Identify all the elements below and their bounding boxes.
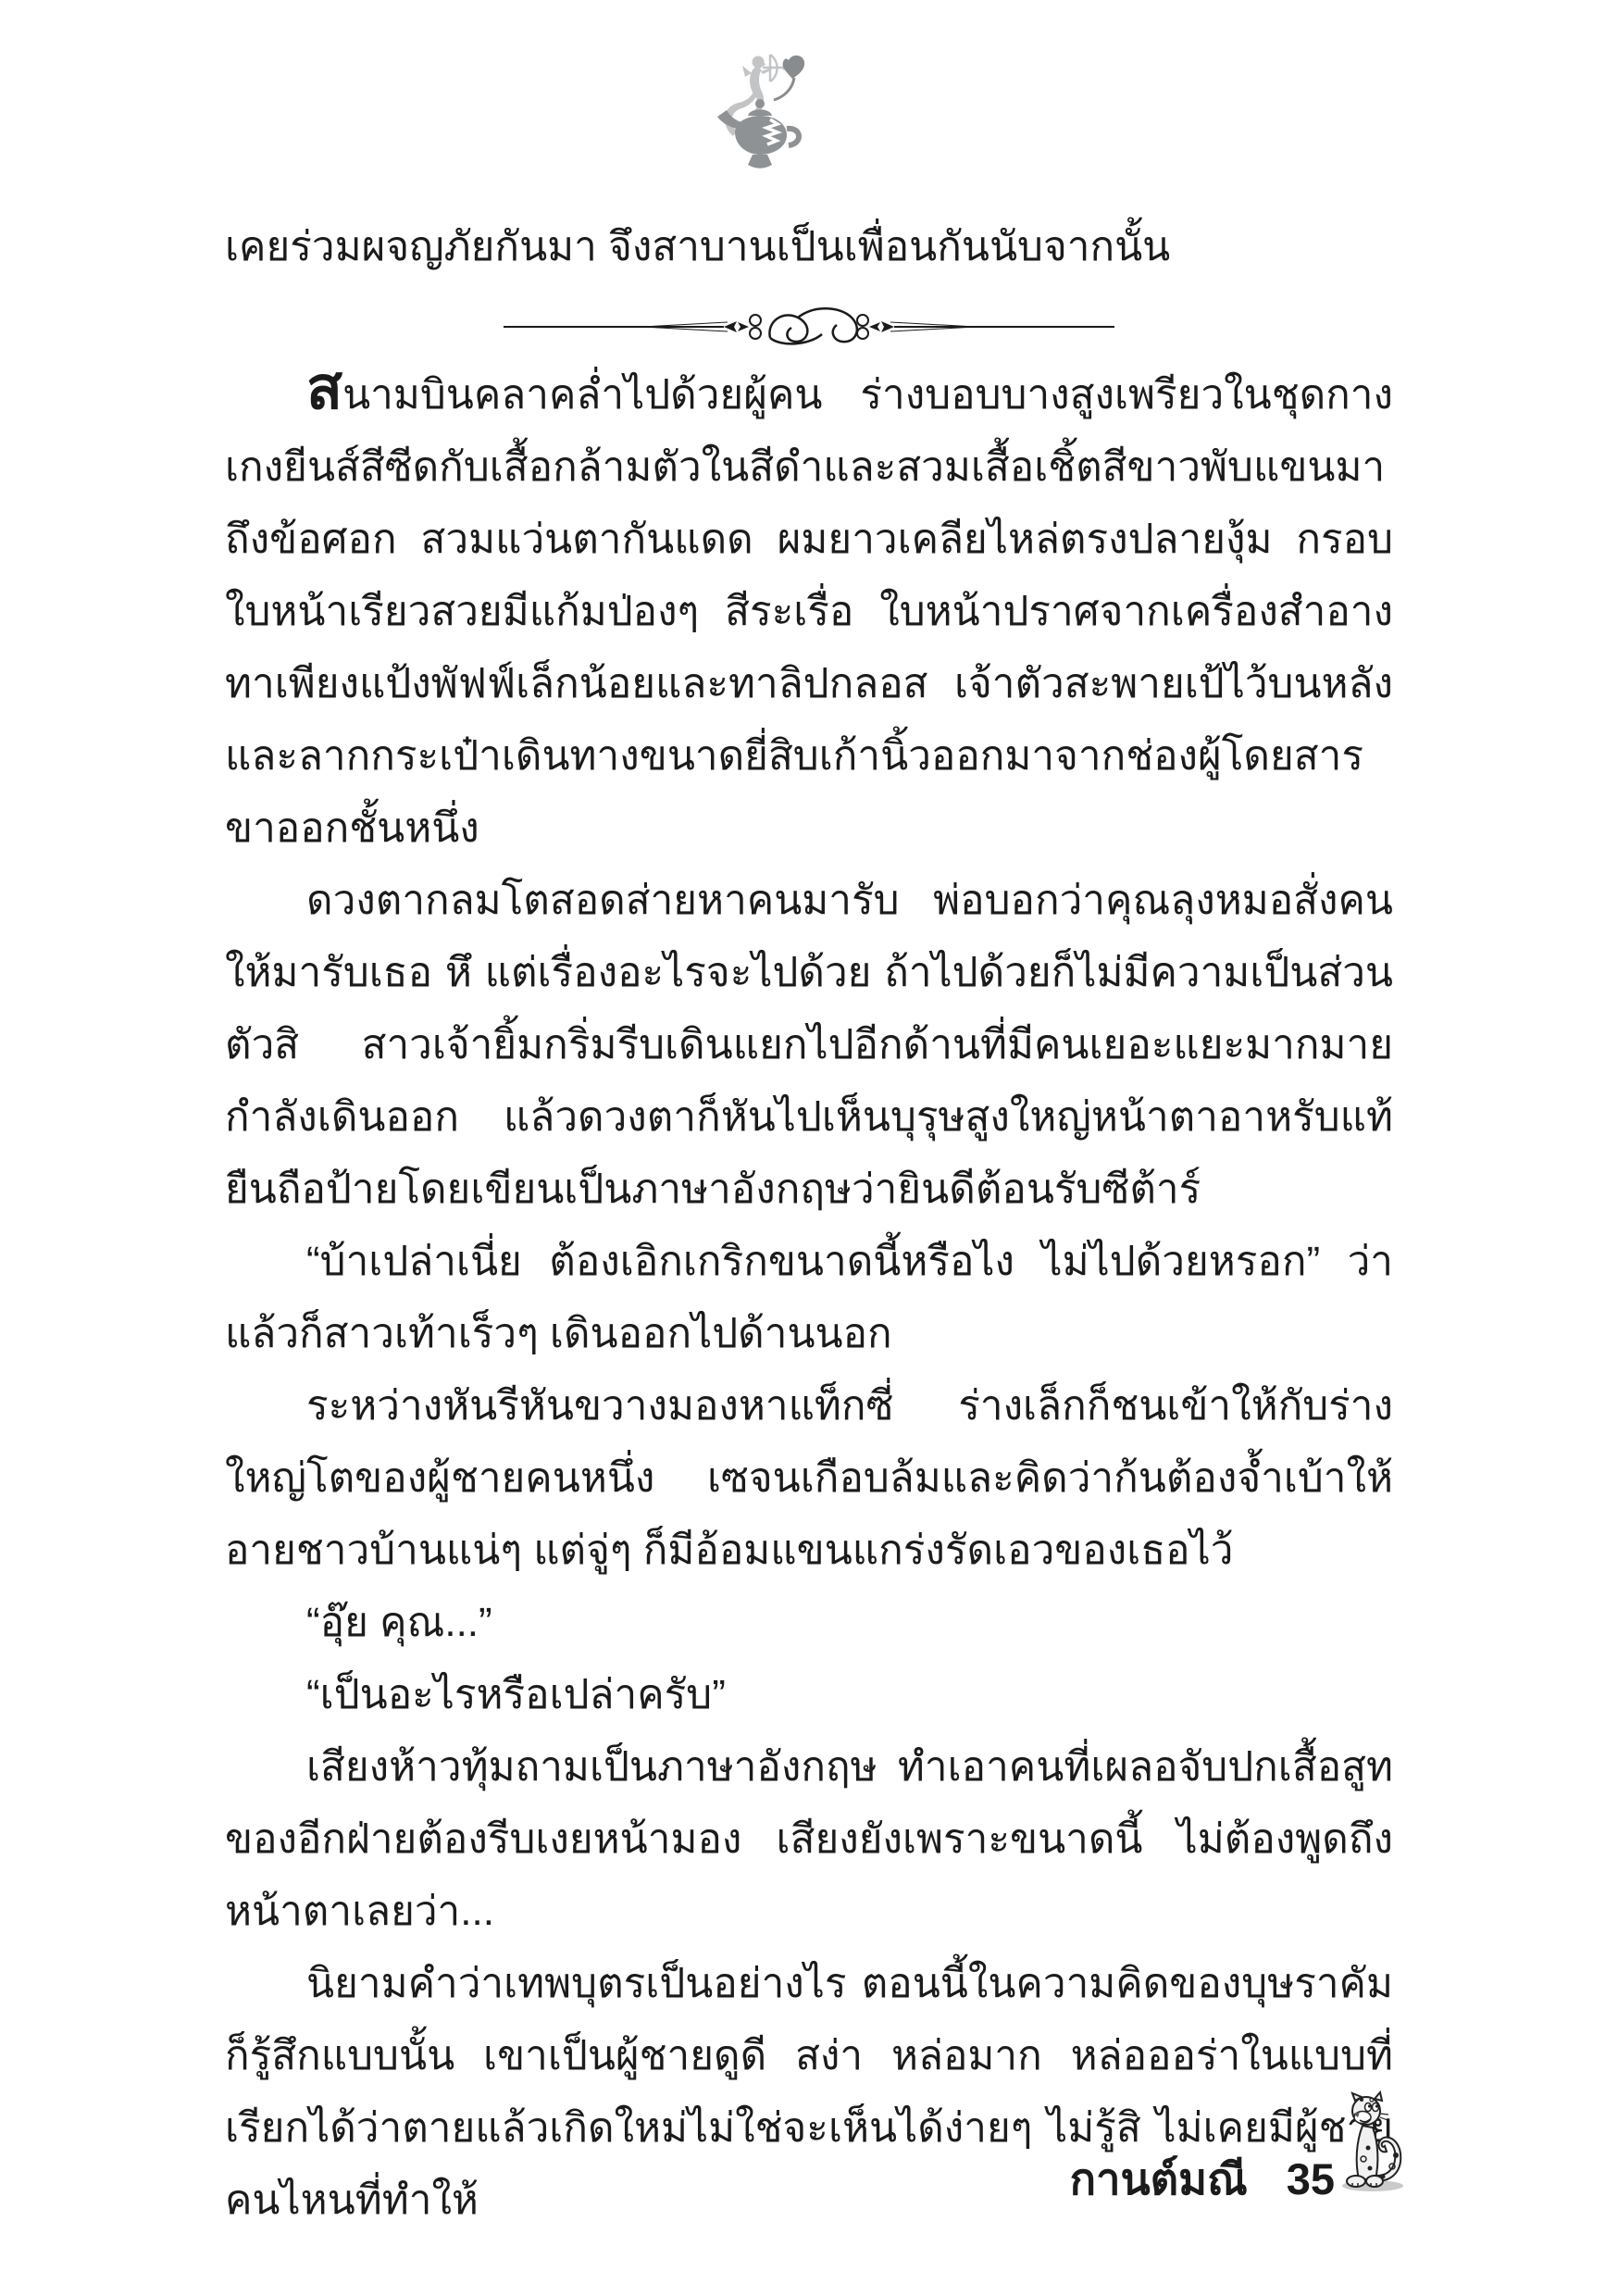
paragraph: “บ้าเปล่าเนี่ย ต้องเอิกเกริกขนาดนี้หรือไ…	[225, 1226, 1393, 1370]
paragraph-text: นามบินคลาคล่ำไปด้วยผู้คน ร่างบอบบางสูงเพ…	[225, 372, 1393, 851]
paragraph: สนามบินคลาคล่ำไปด้วยผู้คน ร่างบอบบางสูงเ…	[225, 359, 1393, 865]
leopard-tail	[1376, 2137, 1400, 2181]
paragraph-dropcap: ส	[306, 355, 342, 421]
paragraph: เสียงห้าวทุ้มถามเป็นภาษาอังกฤษ ทำเอาคนที…	[225, 1731, 1393, 1948]
paragraph: “เป็นอะไรหรือเปล่าครับ”	[225, 1659, 1393, 1731]
bow-icon	[763, 55, 783, 81]
body-text: สนามบินคลาคล่ำไปด้วยผู้คน ร่างบอบบางสูงเ…	[225, 359, 1393, 2237]
carryover-line: เคยร่วมผจญภัยกันมา จึงสาบานเป็นเพื่อนกัน…	[225, 218, 1393, 276]
scene-divider-flourish-icon	[504, 300, 1114, 354]
footer-page-number: 35	[1287, 2153, 1335, 2204]
leopard-body	[1357, 2126, 1378, 2179]
leopard-mascot-icon	[1338, 2090, 1407, 2194]
paragraph-text: “บ้าเปล่าเนี่ย ต้องเอิกเกริกขนาดนี้หรือไ…	[225, 1239, 1393, 1356]
leopard-head	[1352, 2092, 1388, 2125]
paragraph-text: “เป็นอะไรหรือเปล่าครับ”	[306, 1672, 726, 1717]
heart-icon	[774, 56, 804, 100]
paragraph-text: ระหว่างหันรีหันขวางมองหาแท็กซี่ ร่างเล็ก…	[225, 1383, 1393, 1573]
paragraph-text: “อุ๊ย คุณ...”	[306, 1600, 492, 1645]
paragraph-text: ดวงตากลมโตสอดส่ายหาคนมารับ พ่อบอกว่าคุณล…	[225, 878, 1393, 1212]
paragraph-text: เสียงห้าวทุ้มถามเป็นภาษาอังกฤษ ทำเอาคนที…	[225, 1744, 1393, 1934]
paragraph: ระหว่างหันรีหันขวางมองหาแท็กซี่ ร่างเล็ก…	[225, 1370, 1393, 1587]
paragraph: ดวงตากลมโตสอดส่ายหาคนมารับ พ่อบอกว่าคุณล…	[225, 865, 1393, 1226]
page-footer: กานต์มณี 35	[1070, 2144, 1335, 2214]
footer-book-title: กานต์มณี	[1070, 2144, 1248, 2214]
genie-lamp-ornament-icon	[715, 46, 811, 174]
book-page: เคยร่วมผจญภัยกันมา จึงสาบานเป็นเพื่อนกัน…	[0, 0, 1618, 2296]
paragraph: “อุ๊ย คุณ...”	[225, 1587, 1393, 1659]
